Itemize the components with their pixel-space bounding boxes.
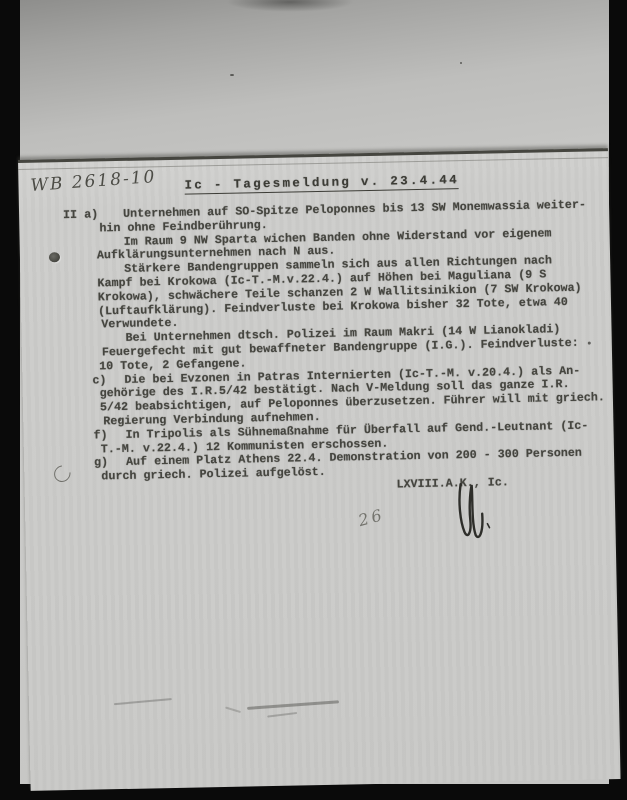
pencil-scribble	[267, 712, 297, 718]
paper-speckle	[588, 342, 591, 345]
report-page: WB 2618-10 Ic - Tagesmeldung v. 23.4.44 …	[18, 148, 621, 791]
typed-body: II a) Unternehmen auf SO-Spitze Peloponn…	[63, 198, 617, 499]
pencil-page-number: 26	[356, 505, 386, 530]
paper-speckle	[460, 62, 462, 64]
document-title: Ic - Tagesmeldung v. 23.4.44	[184, 173, 459, 195]
pencil-scribble	[114, 698, 172, 705]
signature-squiggle-icon	[453, 482, 494, 547]
handwritten-archive-note: WB 2618-10	[30, 167, 157, 196]
punch-hole-mark	[49, 252, 60, 262]
signature-unit-line: LXVIII.A.K., Ic.	[396, 474, 616, 492]
paper-speckle	[230, 74, 234, 76]
paper-speckle	[119, 419, 121, 421]
scanned-document: WB 2618-10 Ic - Tagesmeldung v. 23.4.44 …	[0, 0, 627, 800]
sheet-edge-line	[18, 157, 608, 170]
pencil-scribble	[225, 707, 241, 714]
pencil-scribble	[247, 700, 339, 709]
signature-mark	[453, 482, 494, 552]
